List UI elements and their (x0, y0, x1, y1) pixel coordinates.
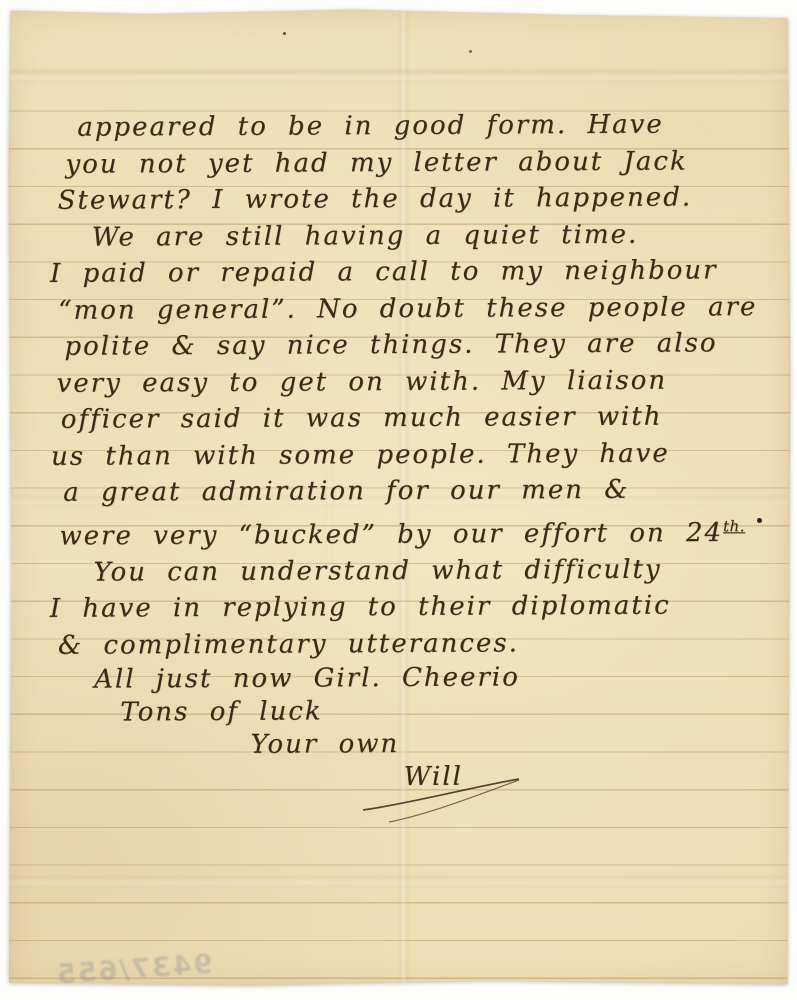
letter-line-text: were very “bucked” by our effort on 24 (59, 517, 723, 550)
top-fold-crease (7, 70, 791, 83)
letter-line: you not yet had my letter about Jack (65, 142, 789, 182)
letter-paper-wrap: appeared to be in good form. Have you no… (7, 8, 791, 988)
scan-background: appeared to be in good form. Have you no… (0, 0, 797, 1000)
signature-flourish-underline (359, 776, 524, 824)
letter-line: a great admiration for our men & (63, 471, 791, 511)
letter-line: We are still having a quiet time. (92, 215, 790, 255)
letter-line: I have in replying to their diplomatic (50, 587, 792, 627)
bleed-through-number: 9437/655 (54, 949, 213, 991)
letter-line: officer said it was much easier with (61, 398, 791, 438)
letter-line: Stewart? I wrote the day it happened. (58, 179, 790, 219)
letter-body: appeared to be in good form. Have you no… (5, 106, 793, 796)
letter-line: I paid or repaid a call to my neighbour (50, 252, 790, 292)
letter-line-superscript: th. (723, 517, 745, 535)
ink-speck (283, 32, 286, 35)
letter-line: us than with some people. They have (51, 434, 791, 474)
ink-speck (757, 518, 762, 523)
letter-line: very easy to get on with. My liaison (57, 361, 791, 401)
letter-line: “mon general”. No doubt these people are (58, 288, 790, 328)
letter-paper: appeared to be in good form. Have you no… (7, 8, 791, 988)
letter-line: You can understand what difficulty (94, 551, 792, 591)
letter-line: Tons of luck (120, 693, 792, 730)
letter-line: were very “bucked” by our effort on 24th… (59, 507, 791, 554)
letter-line: & complimentary utterances. (58, 624, 792, 664)
bottom-fold-crease (7, 876, 791, 888)
ink-speck (469, 50, 472, 53)
letter-line: All just now Girl. Cheerio (94, 660, 792, 697)
letter-line: polite & say nice things. They are also (64, 325, 790, 365)
letter-line: Your own (250, 726, 792, 762)
letter-line: appeared to be in good form. Have (77, 106, 789, 146)
